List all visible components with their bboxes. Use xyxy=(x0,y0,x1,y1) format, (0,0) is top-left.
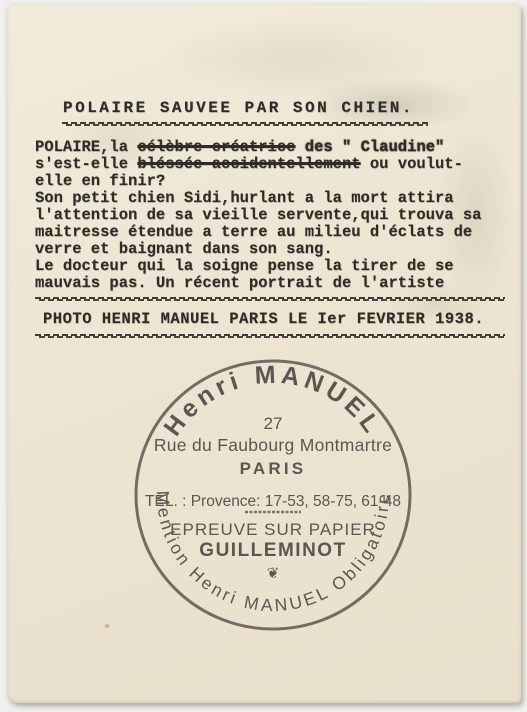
photo-back-paper: POLAIRE SAUVEE PAR SON CHIEN. POLAIRE,la… xyxy=(7,4,521,703)
caption-line: maitresse étendue a terre au milieu d'éc… xyxy=(35,224,507,241)
fleuron-ornament-icon: ❦ xyxy=(267,564,280,582)
stamp-city: PARIS xyxy=(240,459,307,478)
caption-text: ou voulut- xyxy=(361,155,463,173)
stamp-street: Rue du Faubourg Montmartre xyxy=(154,435,392,455)
separator-dashes xyxy=(35,297,505,302)
stamp-phone: TÉL. : Provence: 17-53, 58-75, 61-48 xyxy=(145,493,401,510)
caption-line: POLAIRE,la célèbre créatrice des " Claud… xyxy=(35,139,507,156)
caption-text: s'est-elle xyxy=(35,155,137,173)
separator-dashes xyxy=(35,334,505,339)
typed-caption-block: POLAIRE SAUVEE PAR SON CHIEN. POLAIRE,la… xyxy=(35,99,507,339)
caption-line: Le docteur qui la soigne pense la tirer … xyxy=(35,258,507,275)
struck-text: célèbre créatrice xyxy=(137,138,295,156)
caption-text: POLAIRE,la xyxy=(35,138,137,156)
caption-line: verre et baignant dans son sang. xyxy=(35,241,507,258)
caption-title: POLAIRE SAUVEE PAR SON CHIEN. xyxy=(63,99,507,117)
caption-paragraph: POLAIRE,la célèbre créatrice des " Claud… xyxy=(35,139,507,292)
caption-line: s'est-elle bléssée accidentellement ou v… xyxy=(35,156,507,173)
stamp-epreuve-line: EPREUVE SUR PAPIER xyxy=(170,520,376,539)
caption-line: l'attention de sa vieille servente,qui t… xyxy=(35,207,507,224)
caption-line: Son petit chien Sidi,hurlant a la mort a… xyxy=(35,190,507,207)
caption-text: des " Claudine" xyxy=(295,138,444,156)
photographer-stamp: Henri MANUEL 27 Rue du Faubourg Montmart… xyxy=(133,355,415,637)
struck-text: bléssée accidentellement xyxy=(137,155,360,173)
title-underline-dashes xyxy=(62,122,428,127)
caption-line: elle en finir? xyxy=(35,173,507,190)
photo-credit-line: PHOTO HENRI MANUEL PARIS LE Ier FEVRIER … xyxy=(43,310,507,328)
stamp-guilleminot-line: GUILLEMINOT xyxy=(199,540,346,561)
stamp-street-number: 27 xyxy=(264,414,283,433)
caption-line: mauvais pas. Un récent portrait de l'art… xyxy=(35,275,507,292)
